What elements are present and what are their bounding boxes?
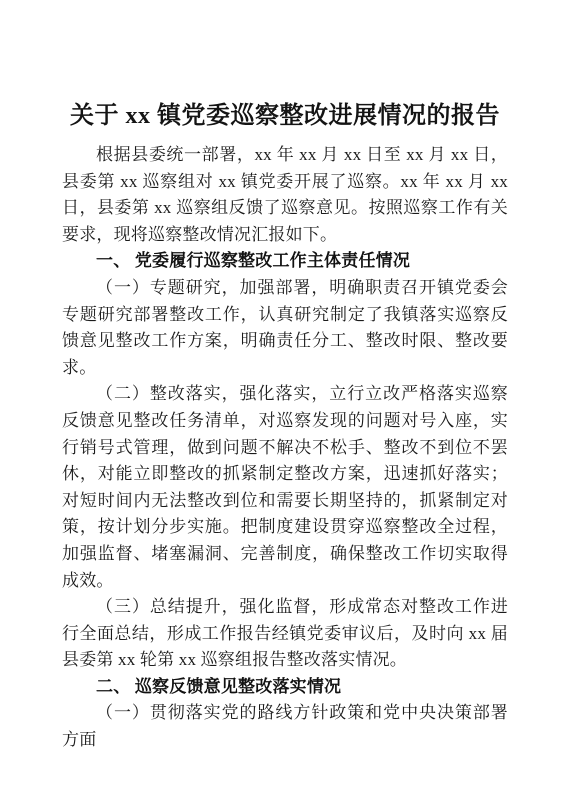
paragraph-1-2: （二）整改落实，强化落实，立行立改严格落实巡察反馈意见整改任务清单，对巡察发现的…: [62, 381, 508, 594]
paragraph-2-1: （一）贯彻落实党的路线方针政策和党中央决策部署方面: [62, 700, 508, 753]
document-page: 关于 xx 镇党委巡察整改进展情况的报告 根据县委统一部署，xx 年 xx 月 …: [0, 0, 570, 807]
paragraph-1-1: （一）专题研究，加强部署，明确职责召开镇党委会专题研究部署整改工作，认真研究制定…: [62, 275, 508, 381]
paragraph-intro: 根据县委统一部署，xx 年 xx 月 xx 日至 xx 月 xx 日，县委第 x…: [62, 142, 508, 248]
section-heading-2: 二、 巡察反馈意见整改落实情况: [62, 674, 508, 701]
paragraph-1-3: （三）总结提升，强化监督，形成常态对整改工作进行全面总结，形成工作报告经镇党委审…: [62, 594, 508, 674]
section-heading-1: 一、 党委履行巡察整改工作主体责任情况: [62, 248, 508, 275]
document-title: 关于 xx 镇党委巡察整改进展情况的报告: [62, 101, 508, 131]
